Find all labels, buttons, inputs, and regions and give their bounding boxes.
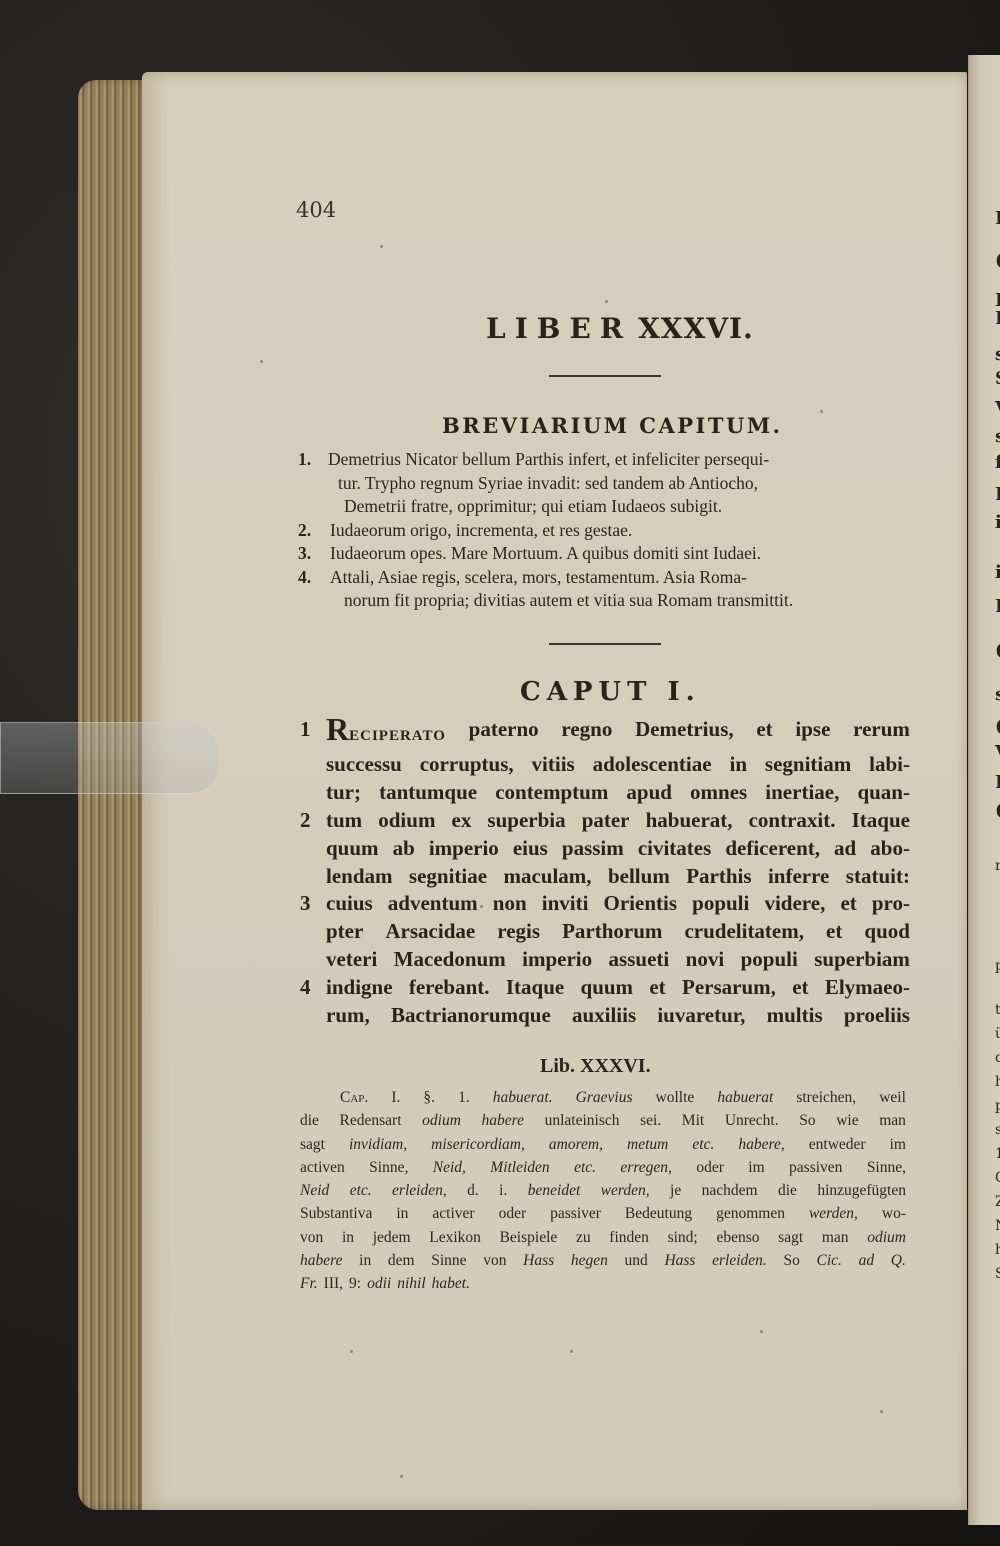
word: amorem, <box>549 1133 603 1156</box>
verse-number: 4 <box>300 974 311 1002</box>
word: je <box>670 1179 681 1202</box>
word: Mitleiden <box>490 1156 549 1179</box>
word: finden <box>609 1226 649 1249</box>
word: quod <box>864 918 910 946</box>
item-line: Iudaeorum opes. Mare Mortuum. A quibus d… <box>330 542 910 566</box>
text-line: 3cuiusadventumnoninvitiOrientispopulivid… <box>298 890 910 918</box>
word: et <box>756 716 772 751</box>
text-line: lendamsegnitiaemaculam,bellumParthisinfe… <box>298 863 910 891</box>
paper-speck <box>605 300 608 303</box>
word: maculam, <box>503 863 591 891</box>
word: Hass <box>523 1249 554 1272</box>
word: habere, <box>738 1133 784 1156</box>
facing-page-character: p <box>995 1098 1000 1114</box>
facing-page-character: r <box>995 858 1000 874</box>
verse-number: 3 <box>300 890 311 918</box>
word: die <box>300 1109 319 1132</box>
item-line: tur. Trypho regnum Syriae invadit: sed t… <box>330 472 910 496</box>
word: So <box>783 1249 799 1272</box>
word: crudelitatem, <box>684 918 804 946</box>
breviarium-item: 3. Iudaeorum opes. Mare Mortuum. A quibu… <box>298 542 910 566</box>
word: Redensart <box>340 1109 402 1132</box>
word: iuvaretur, <box>657 1002 745 1030</box>
word: odii <box>367 1272 391 1295</box>
word: eius <box>513 835 548 863</box>
facing-page-character: S <box>995 1266 1000 1282</box>
facing-page-character: ( <box>995 250 1000 271</box>
word: 1. <box>458 1086 470 1109</box>
word: Unrecht. <box>725 1109 779 1132</box>
word: odium <box>422 1109 461 1132</box>
word: Graevius <box>576 1086 633 1109</box>
word: Fr. <box>300 1272 318 1295</box>
item-number: 4. <box>298 566 311 590</box>
word: wie <box>836 1109 858 1132</box>
word: Elymaeo- <box>825 974 910 1002</box>
footnote-line: dieRedensartodiumhabereunlateinischsei.M… <box>300 1109 906 1132</box>
word: §. <box>423 1086 435 1109</box>
word: Neid <box>300 1179 329 1202</box>
word: odium <box>378 807 435 835</box>
word: proeliis <box>844 1002 910 1030</box>
breviarium-item: 2. Iudaeorum origo, incrementa, et res g… <box>298 519 910 543</box>
word: imperio <box>522 946 592 974</box>
word: oder <box>499 1202 527 1225</box>
word: I. <box>391 1086 400 1109</box>
breviarium-item: 4. Attali, Asiae regis, scelera, mors, t… <box>298 566 910 613</box>
word: multis <box>767 1002 823 1030</box>
word: imperio <box>429 835 499 863</box>
word: segnitiae <box>409 863 487 891</box>
facing-page-character: h <box>995 1242 1000 1258</box>
word: statuit: <box>846 863 910 891</box>
word: omnes <box>690 779 747 807</box>
item-line: norum fit propria; divitias autem et vit… <box>330 589 910 613</box>
word: ipse <box>795 716 830 751</box>
text-line: 4indigneferebant.ItaquequumetPersarum,et… <box>298 974 910 1002</box>
word: i. <box>499 1179 507 1202</box>
facing-page-character: i <box>995 512 1000 533</box>
word: superbia <box>487 807 565 835</box>
clear-page-clip <box>0 722 220 794</box>
word: pro- <box>872 890 910 918</box>
word: ferebant. <box>409 974 490 1002</box>
facing-page-character: N <box>995 1218 1000 1234</box>
word: Itaque <box>506 974 564 1002</box>
breviarium-item: 1. Demetrius Nicator bellum Parthis infe… <box>298 448 910 519</box>
word: So <box>799 1109 815 1132</box>
paper-speck <box>480 905 483 908</box>
facing-page-character: ( <box>995 800 1000 821</box>
footnotes: Cap.I.§.1.habuerat.Graeviuswolltehabuera… <box>300 1086 906 1296</box>
word: ex <box>452 807 472 835</box>
facing-page-character: I <box>995 484 1000 505</box>
word: invidiam, <box>349 1133 407 1156</box>
word: misericordiam, <box>431 1133 525 1156</box>
paper-speck <box>760 1330 763 1333</box>
footnote-line: Neidetc.erleiden,d.i.beneidetwerden,jena… <box>300 1179 906 1202</box>
word: von <box>300 1226 323 1249</box>
word: im <box>890 1133 906 1156</box>
word: quum <box>581 974 634 1002</box>
text-line: quumabimperioeiuspassimcivitatesdeficere… <box>298 835 910 863</box>
word: quan- <box>857 779 910 807</box>
word: veteri <box>326 946 377 974</box>
item-number: 1. <box>298 448 311 472</box>
word: adventum <box>388 890 478 918</box>
word: cuius <box>326 890 373 918</box>
word: im <box>748 1156 764 1179</box>
word: habuerat. <box>493 1086 553 1109</box>
word: d. <box>467 1179 479 1202</box>
word: und <box>625 1249 648 1272</box>
facing-page-character: Z <box>995 1194 1000 1210</box>
word: beneidet <box>528 1179 581 1202</box>
word: wollte <box>656 1086 695 1109</box>
word: quum <box>326 835 379 863</box>
word: habere <box>300 1249 342 1272</box>
word: pater <box>582 807 630 835</box>
verse-number: 1 <box>300 716 311 744</box>
word: vitiis <box>532 751 575 779</box>
word: deficerent, <box>725 835 820 863</box>
word: Cic. <box>817 1249 842 1272</box>
word: apud <box>626 779 672 807</box>
chapter-title: CAPUT I. <box>520 677 701 707</box>
word: ab <box>393 835 415 863</box>
paper-speck <box>880 1410 883 1413</box>
word: bellum <box>608 863 670 891</box>
word: man <box>822 1226 849 1249</box>
word: etc. <box>574 1156 596 1179</box>
word: von <box>483 1249 506 1272</box>
footnote-line: Fr.III,9:odiinihilhabet. <box>300 1272 906 1295</box>
word: etc. <box>350 1179 372 1202</box>
word: jedem <box>373 1226 411 1249</box>
breviarium-list: 1. Demetrius Nicator bellum Parthis infe… <box>298 448 910 613</box>
facing-page-character: p <box>995 958 1000 974</box>
word: genommen <box>716 1202 785 1225</box>
facing-page-character: s <box>995 684 1000 705</box>
word: streichen, <box>796 1086 856 1109</box>
word: odium <box>867 1226 906 1249</box>
facing-page-character: f <box>995 452 1000 473</box>
word: unlateinisch <box>545 1109 620 1132</box>
facing-page-character: I <box>995 772 1000 793</box>
facing-page-character: I <box>995 208 1000 229</box>
word: passiver <box>550 1202 601 1225</box>
word: et <box>840 890 856 918</box>
word: sagt <box>778 1226 803 1249</box>
word: pter <box>326 918 363 946</box>
word: tantumque <box>379 779 477 807</box>
word: entweder <box>809 1133 866 1156</box>
word: die <box>778 1179 797 1202</box>
facing-page-character: ( <box>995 716 1000 737</box>
section-divider <box>549 643 661 645</box>
word: Bedeutung <box>625 1202 692 1225</box>
word: habet. <box>432 1272 470 1295</box>
facing-page-character: I <box>995 596 1000 617</box>
word: regno <box>561 716 612 751</box>
notes-heading: Lib. XXXVI. <box>540 1055 651 1078</box>
opening-small-caps: ECIPERATO <box>349 728 446 744</box>
facing-page-character: ü <box>995 1026 1000 1042</box>
breviarium-title: BREVIARIUM CAPITUM. <box>442 413 782 438</box>
page-number: 404 <box>296 198 336 222</box>
word: Beispiele <box>500 1226 558 1249</box>
chapter-text: 1 RECIPERATO paternoregnoDemetrius,etips… <box>298 716 910 1030</box>
word: Persarum, <box>682 974 776 1002</box>
word: hinzugefügten <box>817 1179 906 1202</box>
facing-page-character: ( <box>995 640 1000 661</box>
paper-speck <box>820 410 823 413</box>
word: Itaque <box>852 807 910 835</box>
word: Parthis <box>686 863 751 891</box>
footnote-line: Cap.I.§.1.habuerat.Graeviuswolltehabuera… <box>300 1086 906 1109</box>
opening-word: RECIPERATO <box>326 716 446 751</box>
word: Demetrius, <box>635 716 734 751</box>
word: werden, <box>601 1179 650 1202</box>
word: nachdem <box>702 1179 758 1202</box>
footnote-line: activenSinne,Neid,Mitleidenetc.erregen,o… <box>300 1156 906 1179</box>
word: segnitiam <box>765 751 851 779</box>
word: ad <box>834 835 856 863</box>
item-line: Demetrii fratre, opprimitur; qui etiam I… <box>330 495 910 519</box>
word: in <box>342 1226 354 1249</box>
word: ad <box>859 1249 875 1272</box>
word: tur; <box>326 779 361 807</box>
facing-page-character: I <box>995 308 1000 329</box>
facing-page-character: d <box>995 1050 1000 1066</box>
word: Neid, <box>433 1156 466 1179</box>
word: contraxit. <box>749 807 836 835</box>
paper-speck <box>400 1475 403 1478</box>
book-title-word: LIBER <box>486 312 632 345</box>
facing-page-character: h <box>995 1074 1000 1090</box>
word: assueti <box>609 946 670 974</box>
word: populi <box>692 890 749 918</box>
word: sagt <box>300 1133 325 1156</box>
word: dem <box>388 1249 415 1272</box>
word: Arsacidae <box>385 918 475 946</box>
word: Sinne <box>431 1249 466 1272</box>
word: paterno <box>469 716 539 751</box>
text-line: pterArsacidaeregisParthorumcrudelitatem,… <box>298 918 910 946</box>
word: videre, <box>764 890 825 918</box>
word: Lexikon <box>429 1226 481 1249</box>
word: Sinne, <box>369 1156 408 1179</box>
word: 9: <box>349 1272 361 1295</box>
word: passim <box>562 835 624 863</box>
word: Substantiva <box>300 1202 372 1225</box>
word: man <box>879 1109 906 1132</box>
word: tum <box>326 807 362 835</box>
item-line: Demetrius Nicator bellum Parthis infert,… <box>328 448 910 472</box>
word: wo- <box>882 1202 906 1225</box>
word: novi <box>686 946 725 974</box>
word: zu <box>576 1226 591 1249</box>
word: werden, <box>809 1202 858 1225</box>
word: superbiam <box>814 946 910 974</box>
word: Q. <box>891 1249 906 1272</box>
footnote-line: voninjedemLexikonBeispielezufindensind;e… <box>300 1226 906 1249</box>
word: Mit <box>682 1109 704 1132</box>
word: erleiden. <box>712 1249 767 1272</box>
facing-page-character: S <box>995 368 1000 389</box>
word: in <box>359 1249 371 1272</box>
word: et <box>826 918 842 946</box>
item-number: 2. <box>298 519 311 543</box>
word: civitates <box>638 835 711 863</box>
word: abo- <box>870 835 910 863</box>
word: lendam <box>326 863 393 891</box>
word: Cap. <box>340 1086 368 1109</box>
drop-cap: R <box>326 711 349 747</box>
book-title: LIBERXXXVI. <box>486 312 754 345</box>
word: habere <box>482 1109 524 1132</box>
word: habuerat, <box>646 807 733 835</box>
paper-speck <box>570 1350 573 1353</box>
word: Bactrianorumque <box>391 1002 551 1030</box>
facing-page-character: s <box>995 1122 1000 1138</box>
word: rerum <box>853 716 910 751</box>
word: Macedonum <box>394 946 506 974</box>
word: non <box>493 890 527 918</box>
footnote-line: habereindemSinnevonHasshegenundHasserlei… <box>300 1249 906 1272</box>
word: et <box>649 974 665 1002</box>
facing-page-strip: I(IIsSVsfIiiI(s(VI(rptüdhps1GZNhS <box>968 55 1000 1525</box>
word: indigne <box>326 974 393 1002</box>
word: adolescentiae <box>593 751 712 779</box>
word: habuerat <box>717 1086 773 1109</box>
word: labi- <box>869 751 910 779</box>
paper-speck <box>350 1350 353 1353</box>
word: inferre <box>768 863 829 891</box>
word: ebenso <box>716 1226 759 1249</box>
word: nihil <box>397 1272 425 1295</box>
word: passiven <box>789 1156 842 1179</box>
word: activen <box>300 1156 345 1179</box>
word: erleiden, <box>392 1179 447 1202</box>
word: contemptum <box>495 779 608 807</box>
word: inertiae, <box>765 779 839 807</box>
text-line: veteriMacedonumimperioassuetinovipopulis… <box>298 946 910 974</box>
word: oder <box>696 1156 724 1179</box>
word: et <box>792 974 808 1002</box>
word: hegen <box>571 1249 608 1272</box>
text-line: rum,Bactrianorumqueauxiliisiuvaretur,mul… <box>298 1002 910 1030</box>
paper-speck <box>260 360 263 363</box>
item-line: Iudaeorum origo, incrementa, et res gest… <box>330 519 910 543</box>
word: rum, <box>326 1002 370 1030</box>
facing-page-character: i <box>995 562 1000 583</box>
word: activer <box>432 1202 474 1225</box>
word: inviti <box>542 890 589 918</box>
facing-page-character: s <box>995 344 1000 365</box>
word: in <box>729 751 747 779</box>
word: regis <box>497 918 540 946</box>
word: weil <box>879 1086 906 1109</box>
word: in <box>396 1202 408 1225</box>
item-line: Attali, Asiae regis, scelera, mors, test… <box>330 566 910 590</box>
word: erregen, <box>620 1156 672 1179</box>
footnote-line: sagtinvidiam,misericordiam,amorem,metume… <box>300 1133 906 1156</box>
item-number: 3. <box>298 542 311 566</box>
facing-page-character: t <box>995 1002 1000 1018</box>
facing-page-character: s <box>995 426 1000 447</box>
facing-page-character: V <box>995 742 1000 763</box>
word: successu <box>326 751 402 779</box>
facing-page-character: V <box>995 398 1000 419</box>
text-line: tur;tantumquecontemptumapudomnesinertiae… <box>298 779 910 807</box>
text-line: 1 RECIPERATO paternoregnoDemetrius,etips… <box>298 716 910 751</box>
word: Orientis <box>604 890 678 918</box>
facing-page-character: G <box>995 1170 1000 1186</box>
footnote-line: SubstantivainactiveroderpassiverBedeutun… <box>300 1202 906 1225</box>
paper-speck <box>380 245 383 248</box>
word: sei. <box>640 1109 661 1132</box>
word: auxiliis <box>572 1002 636 1030</box>
facing-page-character: 1 <box>995 1146 1000 1162</box>
text-line: successucorruptus,vitiisadolescentiaeins… <box>298 751 910 779</box>
book-title-number: XXXVI. <box>638 312 754 345</box>
book-page-edges <box>78 80 150 1510</box>
word: Parthorum <box>562 918 662 946</box>
word: Hass <box>664 1249 695 1272</box>
title-divider <box>549 375 661 377</box>
word: sind; <box>668 1226 698 1249</box>
word: III, <box>324 1272 343 1295</box>
text-line: 2tumodiumexsuperbiapaterhabuerat,contrax… <box>298 807 910 835</box>
verse-number: 2 <box>300 807 311 835</box>
word: corruptus, <box>420 751 514 779</box>
word: populi <box>741 946 798 974</box>
word: Sinne, <box>867 1156 906 1179</box>
word: etc. <box>692 1133 714 1156</box>
word: metum <box>627 1133 668 1156</box>
